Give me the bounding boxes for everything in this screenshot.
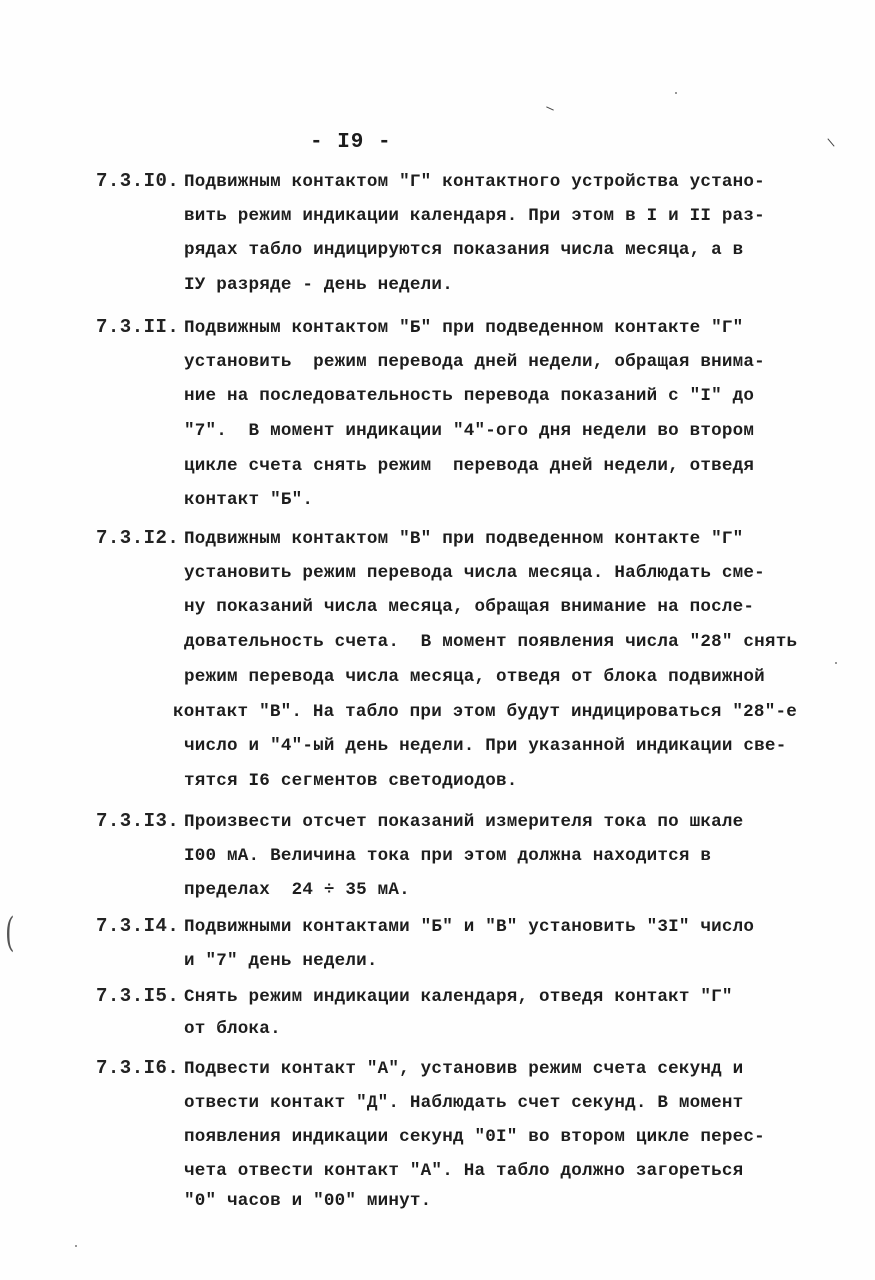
section-number: 7.3.I4. [96,915,179,937]
margin-mark: ( [5,910,14,956]
section-number: 7.3.I6. [96,1057,179,1079]
section-line: режим перевода числа месяца, отведя от б… [184,667,765,687]
section-line: появления индикации секунд "0I" во второ… [184,1127,765,1147]
section-line: число и "4"-ый день недели. При указанно… [184,736,786,756]
section-line: ну показаний числа месяца, обращая внима… [184,597,754,617]
scan-mark [827,138,834,146]
section-line: установить режим перевода дней недели, о… [184,352,765,372]
section-line: рядах табло индицируются показания числа… [184,240,743,260]
section-line: Подвижным контактом "Г" контактного устр… [184,172,765,192]
section-number: 7.3.II. [96,316,179,338]
section-line: Подвижным контактом "В" при подведенном … [184,529,743,549]
section-line: IУ разряде - день недели. [184,275,453,295]
section-line: отвести контакт "Д". Наблюдать счет секу… [184,1093,743,1113]
page-number: - I9 - [310,131,392,154]
scan-dot [675,92,677,94]
scan-dot [835,662,837,664]
section-line: вить режим индикации календаря. При этом… [184,206,765,226]
section-line: от блока. [184,1019,281,1039]
section-line: довательность счета. В момент появления … [184,632,797,652]
section-line: Подвести контакт "А", установив режим сч… [184,1059,743,1079]
scan-dot [75,1245,77,1247]
section-line: Подвижными контактами "Б" и "В" установи… [184,917,754,937]
section-line: контакт "В". На табло при этом будут инд… [173,702,797,722]
section-line: "7". В момент индикации "4"-ого дня неде… [184,421,754,441]
section-line: "0" часов и "00" минут. [184,1191,431,1211]
section-line: I00 мА. Величина тока при этом должна на… [184,846,711,866]
section-line: цикле счета снять режим перевода дней не… [184,456,754,476]
section-number: 7.3.I2. [96,527,179,549]
section-number: 7.3.I5. [96,985,179,1007]
section-number: 7.3.I0. [96,170,179,192]
section-line: ние на последовательность перевода показ… [184,386,754,406]
scan-mark [546,106,554,110]
section-line: тятся I6 сегментов светодиодов. [184,771,518,791]
section-line: пределах 24 ÷ 35 мА. [184,880,410,900]
section-line: контакт "Б". [184,490,313,510]
section-number: 7.3.I3. [96,810,179,832]
section-line: чета отвести контакт "А". На табло должн… [184,1161,743,1181]
section-line: и "7" день недели. [184,951,378,971]
document-page: - I9 - ( 7.3.I0. Подвижным контактом "Г"… [0,0,875,1280]
section-line: установить режим перевода числа месяца. … [184,563,765,583]
section-line: Подвижным контактом "Б" при подведенном … [184,318,743,338]
section-line: Снять режим индикации календаря, отведя … [184,987,733,1007]
section-line: Произвести отсчет показаний измерителя т… [184,812,743,832]
